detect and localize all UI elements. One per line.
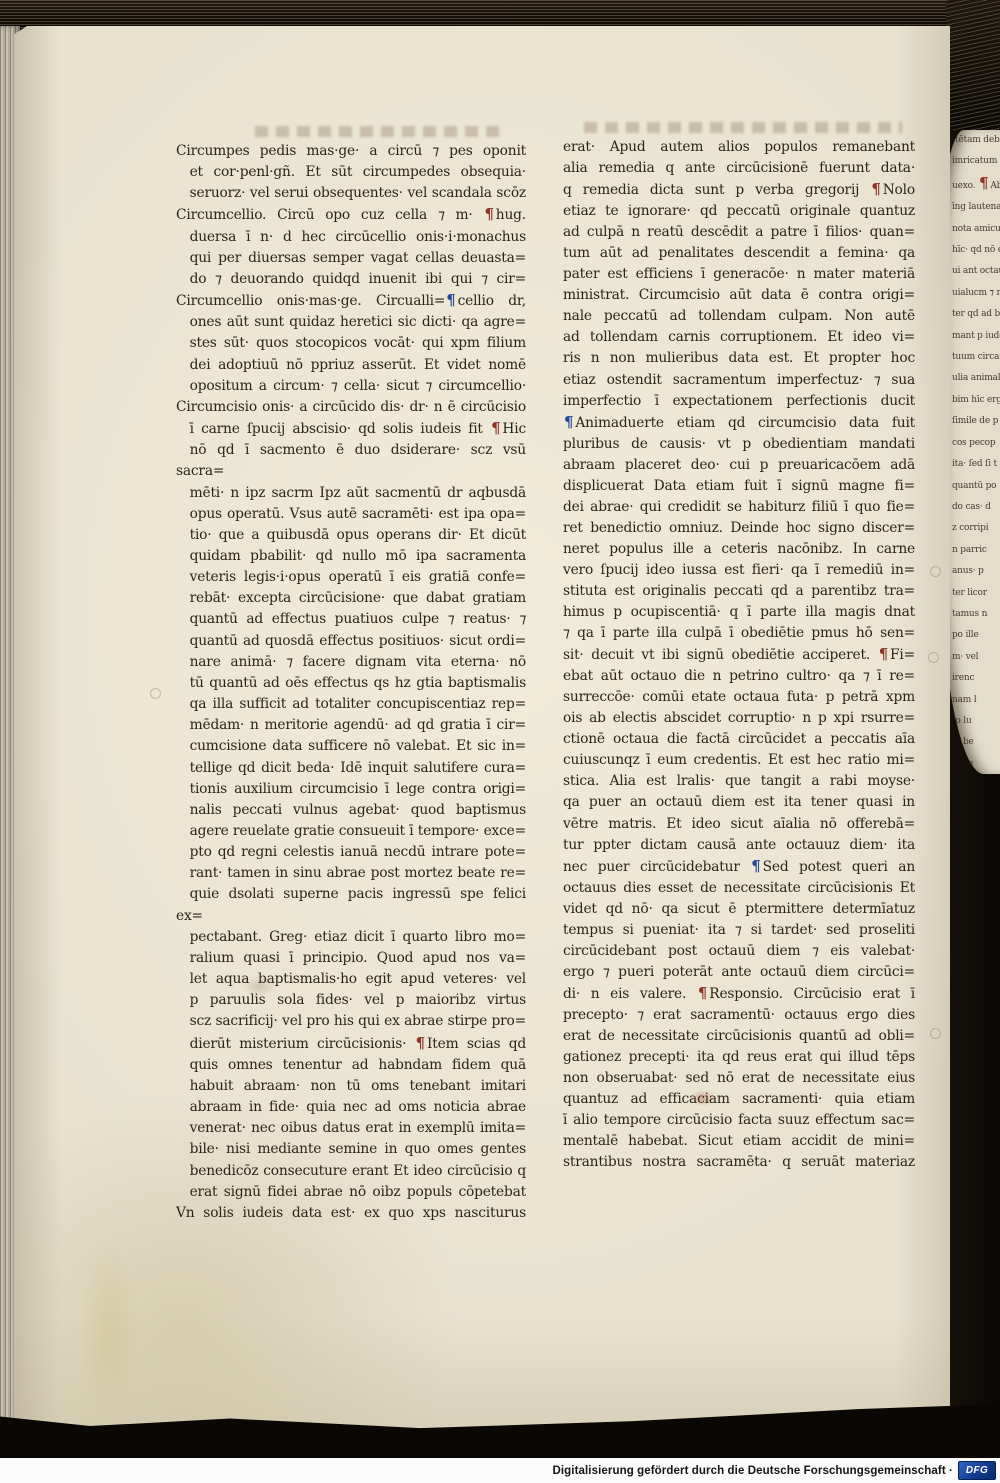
text-line: q remedia dicta sunt p verba gregorij ¶N… bbox=[563, 179, 915, 201]
text-line: ctionē octaua die factā circūcidet a pec… bbox=[563, 729, 915, 750]
text-line: quie dsolati superne pacis ingressū spe … bbox=[176, 884, 526, 926]
text-line: cuiuscunqz ī eum credentis. Et est hec r… bbox=[563, 750, 915, 771]
digitized-book-scan: ſtētam debilimricatum ſauexo. ¶Ab ilīng … bbox=[0, 0, 1000, 1483]
text-line: tionis auxilium circumcisio ī lege contr… bbox=[176, 779, 526, 800]
text-line: erat de necessitate circūcisionis quantū… bbox=[563, 1026, 915, 1047]
text-line: erat· Apud autem alios populos remaneban… bbox=[563, 137, 915, 158]
text-line: etiaz te ignorare· qd peccatū originale … bbox=[563, 201, 915, 222]
text-line: ret benedictio omniuz. Deinde hoc signo … bbox=[563, 518, 915, 539]
text-line: quantū ad effectus puatiuos culpe ⁊ reat… bbox=[176, 609, 526, 630]
text-line: precepto· ⁊ erat sacramentū· octauus erg… bbox=[563, 1005, 915, 1026]
text-line: vētre matris. Et ideo sicut aīalia nō of… bbox=[563, 814, 915, 835]
text-line: stica. Alia est lralis· que tangit a rab… bbox=[563, 771, 915, 792]
text-line: dierūt misterium circūcisionis· ¶Item sc… bbox=[176, 1033, 526, 1055]
text-line: circūcidebant post octauū diem ⁊ eis val… bbox=[563, 941, 915, 962]
text-line: opus operatū. Vsus autē sacramēti· est i… bbox=[176, 504, 526, 525]
margin-ring-mark bbox=[930, 1028, 941, 1039]
margin-ring-mark bbox=[928, 652, 939, 663]
text-line: rebāt· excepta circūcisione· que dabat g… bbox=[176, 588, 526, 609]
text-line: ministrat. Circumcisio aūt data ē contra… bbox=[563, 285, 915, 306]
text-line: imperfectio ī expectationem perfectionis… bbox=[563, 391, 915, 412]
text-line: dei abrae· qui credidit se habiturz fili… bbox=[563, 497, 915, 518]
text-line: ad culpā n reatū descēdit a patre ī fili… bbox=[563, 222, 915, 243]
text-line: tū quantū ad oēs effectus qs hz gtia bap… bbox=[176, 673, 526, 694]
text-line: abraam placeret deo· cui p preuaricacōem… bbox=[563, 455, 915, 476]
text-line: pto qd regni celestis ianuā necdū intrar… bbox=[176, 842, 526, 863]
text-line: quidam pbabilit· qd nullo mō ipa sacrame… bbox=[176, 546, 526, 567]
text-line: ad tollendam carnis corruptionem. Et ide… bbox=[563, 327, 915, 348]
dfg-logo: DFG bbox=[958, 1461, 996, 1480]
text-line: ⁊ qa ī parte illa culpā ī obediētie pmus… bbox=[563, 623, 915, 644]
text-line: neret populus ille a ceteris nacōnibz. I… bbox=[563, 539, 915, 560]
text-line: mēdam· n meritorie agendū· ad qd gratia … bbox=[176, 715, 526, 736]
margin-ring-mark bbox=[930, 566, 941, 577]
text-line: benedicōz consecuture erant Et ideo circ… bbox=[176, 1161, 526, 1182]
text-line: Circumcisio onis· a circūcido dis· dr· n… bbox=[176, 397, 526, 418]
showthrough-header-right bbox=[584, 122, 902, 133]
text-line: et cor·penl·gñ. Et sūt circumpedes obseq… bbox=[176, 162, 526, 183]
showthrough-header-left bbox=[255, 126, 503, 137]
text-line: mēti· n ipz sacrm Ipz aūt sacmentū dr aq… bbox=[176, 483, 526, 504]
text-line: sit· decuit vt ibi signū obediētie accip… bbox=[563, 644, 915, 666]
text-line: nō qd ī sacmento ē duo dsiderare· scz vs… bbox=[176, 440, 526, 482]
text-line: octauus dies esset de necessitate circūc… bbox=[563, 878, 915, 899]
text-line: nec puer circūcidebatur ¶Sed potest quer… bbox=[563, 856, 915, 878]
text-line: pluribus de causis· vt p obedientiam man… bbox=[563, 434, 915, 455]
text-line: quantū ad quosdā effectus positiuos· sic… bbox=[176, 631, 526, 652]
rubric-pilcrow-blue: ¶ bbox=[563, 413, 575, 431]
text-line: agere reuelate gratie consueuit ī tempor… bbox=[176, 821, 526, 842]
text-line: alia remedia q ante circūcisionē fuerunt… bbox=[563, 158, 915, 179]
rubric-pilcrow-red: ¶ bbox=[697, 984, 709, 1002]
text-line: cumcisione data sufficere nō valebat. Et… bbox=[176, 736, 526, 757]
text-line: ī alio tempore circūcisio facta suuz eff… bbox=[563, 1110, 915, 1131]
rubric-pilcrow-blue: ¶ bbox=[445, 291, 457, 309]
text-line: veteris legis·i·opus operatū ī eis grati… bbox=[176, 567, 526, 588]
text-line: ergo ⁊ pueri poterāt ante octauū diem ci… bbox=[563, 962, 915, 983]
text-line: erat signū fidei abrae nō oibz populs cō… bbox=[176, 1182, 526, 1203]
text-line: displicuerat Data etiam fuit ī signū mag… bbox=[563, 476, 915, 497]
text-line: ones aūt sunt quidaz heretici sic dicti·… bbox=[176, 312, 526, 333]
rubric-pilcrow-red: ¶ bbox=[490, 419, 502, 437]
text-line: vero ſpucij ideo iussa est fieri· qa ī r… bbox=[563, 560, 915, 581]
text-line: tur ppter dictam causā ante octauuz diem… bbox=[563, 835, 915, 856]
text-column-left: Circumpes pedis mas·ge· a circū ⁊ pes op… bbox=[176, 141, 526, 1224]
text-line: non obseruabat· sed nō erat de necessita… bbox=[563, 1068, 915, 1089]
text-line: bile· nisi mediante semine in quo omes g… bbox=[176, 1139, 526, 1160]
rubric-pilcrow-red: ¶ bbox=[878, 645, 890, 663]
text-line: surreccōe· comūi etate octaua futa· p pe… bbox=[563, 687, 915, 708]
text-line: ralium quasi ī principio. Quod apud nos … bbox=[176, 948, 526, 969]
margin-ring-mark bbox=[150, 688, 161, 699]
text-line: qui per diuersas semper vagat cellas deu… bbox=[176, 248, 526, 269]
text-line: ¶Animaduerte etiam qd circumcisio data f… bbox=[563, 412, 915, 434]
text-line: ī carne ſpucij abscisio· qd solis iudeis… bbox=[176, 418, 526, 440]
text-line: opositum a circum· ⁊ cella· sicut ⁊ circ… bbox=[176, 376, 526, 397]
text-line: gationez precepti· ita qd reus erat qui … bbox=[563, 1047, 915, 1068]
text-line: qa illa sufficit ad totaliter concupisce… bbox=[176, 694, 526, 715]
credit-text: Digitalisierung gefördert durch die Deut… bbox=[552, 1465, 953, 1477]
text-line: nale peccatū ad tollendam culpam. Non au… bbox=[563, 306, 915, 327]
text-line: seruorz· vel serui obsequentes· vel scan… bbox=[176, 183, 526, 204]
text-line: p paruulis sola fides· vel p maioribz vi… bbox=[176, 990, 526, 1011]
rubric-pilcrow-red: ¶ bbox=[978, 174, 990, 192]
text-line: ebat aūt octauo die n petrino cultro· qa… bbox=[563, 666, 915, 687]
text-line: tempus si pueniat· ita ⁊ si tardet· sed … bbox=[563, 920, 915, 941]
text-line: qa puer an octauū diem est ita tener qua… bbox=[563, 792, 915, 813]
text-line: stes sūt· quos stocopicos vocāt· qui xpm… bbox=[176, 333, 526, 354]
text-line: strantibus nostra sacramēta· q seruāt ma… bbox=[563, 1152, 915, 1173]
text-line: Circumcellio onis·mas·ge. Circualli=¶cel… bbox=[176, 290, 526, 312]
text-line: pater est efficiens ī generacōe· n mater… bbox=[563, 264, 915, 285]
text-line: abraam in fide· quia nec ad oms noticia … bbox=[176, 1097, 526, 1118]
text-line: tio· que a quibusdā opus operans dir· Et… bbox=[176, 525, 526, 546]
text-line: tellige qd dicit beda· Idē inquit saluti… bbox=[176, 758, 526, 779]
text-line: rant· tamen in sinu abrae post mortez be… bbox=[176, 863, 526, 884]
text-line: nalis peccati vulnus agebat· quod baptis… bbox=[176, 800, 526, 821]
text-line: pectabant. Greg· etiaz dicit ī quarto li… bbox=[176, 927, 526, 948]
text-line: mentalē habebat. Sicut etiam accidit de … bbox=[563, 1131, 915, 1152]
rubric-pilcrow-red: ¶ bbox=[415, 1034, 427, 1052]
text-line: do ⁊ deuorando quidqd inuenit ibi qui ⁊ … bbox=[176, 269, 526, 290]
text-line: quis omnes tenentur ad habndam fidem quā bbox=[176, 1055, 526, 1076]
rubric-pilcrow-blue: ¶ bbox=[750, 857, 762, 875]
text-line: quantuz ad efficaciam sacramenti· quia e… bbox=[563, 1089, 915, 1110]
text-line: ois ab electis abscidet corruptio· n p x… bbox=[563, 708, 915, 729]
text-column-right: erat· Apud autem alios populos remaneban… bbox=[563, 137, 915, 1173]
text-line: videt qd nō· qa sicut ē ptermittere dete… bbox=[563, 899, 915, 920]
text-line: himus p ocupiscentiā· q ī parte illa mag… bbox=[563, 602, 915, 623]
rubric-pilcrow-red: ¶ bbox=[483, 205, 495, 223]
text-line: habuit abraam· non tū oms tenebant imita… bbox=[176, 1076, 526, 1097]
text-line: Vn solis iudeis data est· ex quo xps nas… bbox=[176, 1203, 526, 1224]
text-line: duersa ī n· d hec circūcellio onis·i·mon… bbox=[176, 227, 526, 248]
text-line: stituta est originalis peccati qd a pare… bbox=[563, 581, 915, 602]
text-line: venerat· nec oibus datus erat in exemplū… bbox=[176, 1118, 526, 1139]
text-line: dei adoptiuū nō ppriuz asserūt. Et videt… bbox=[176, 355, 526, 376]
text-line: di· n eis valere. ¶Responsio. Circūcisio… bbox=[563, 983, 915, 1005]
digitization-credit-bar: Digitalisierung gefördert durch die Deut… bbox=[0, 1458, 1000, 1483]
text-line: nare animā· ⁊ facere dignam vita eterna·… bbox=[176, 652, 526, 673]
text-line: tum aūt ad penalitates descendit a femin… bbox=[563, 243, 915, 264]
text-line: let aqua baptismalis·ho egit apud vetere… bbox=[176, 969, 526, 990]
rubric-pilcrow-red: ¶ bbox=[870, 180, 882, 198]
text-line: Circumcellio. Circū opo cuz cella ⁊ m· ¶… bbox=[176, 204, 526, 226]
page-stack-corner bbox=[946, 0, 1000, 130]
text-line: Circumpes pedis mas·ge· a circū ⁊ pes op… bbox=[176, 141, 526, 162]
text-line: scz sacrificij· vel pro his qui ex abrae… bbox=[176, 1011, 526, 1032]
text-line: etiaz ostendit sacramentum imperfectuz· … bbox=[563, 370, 915, 391]
text-line: ris n non mulieribus data est. Et propte… bbox=[563, 348, 915, 369]
